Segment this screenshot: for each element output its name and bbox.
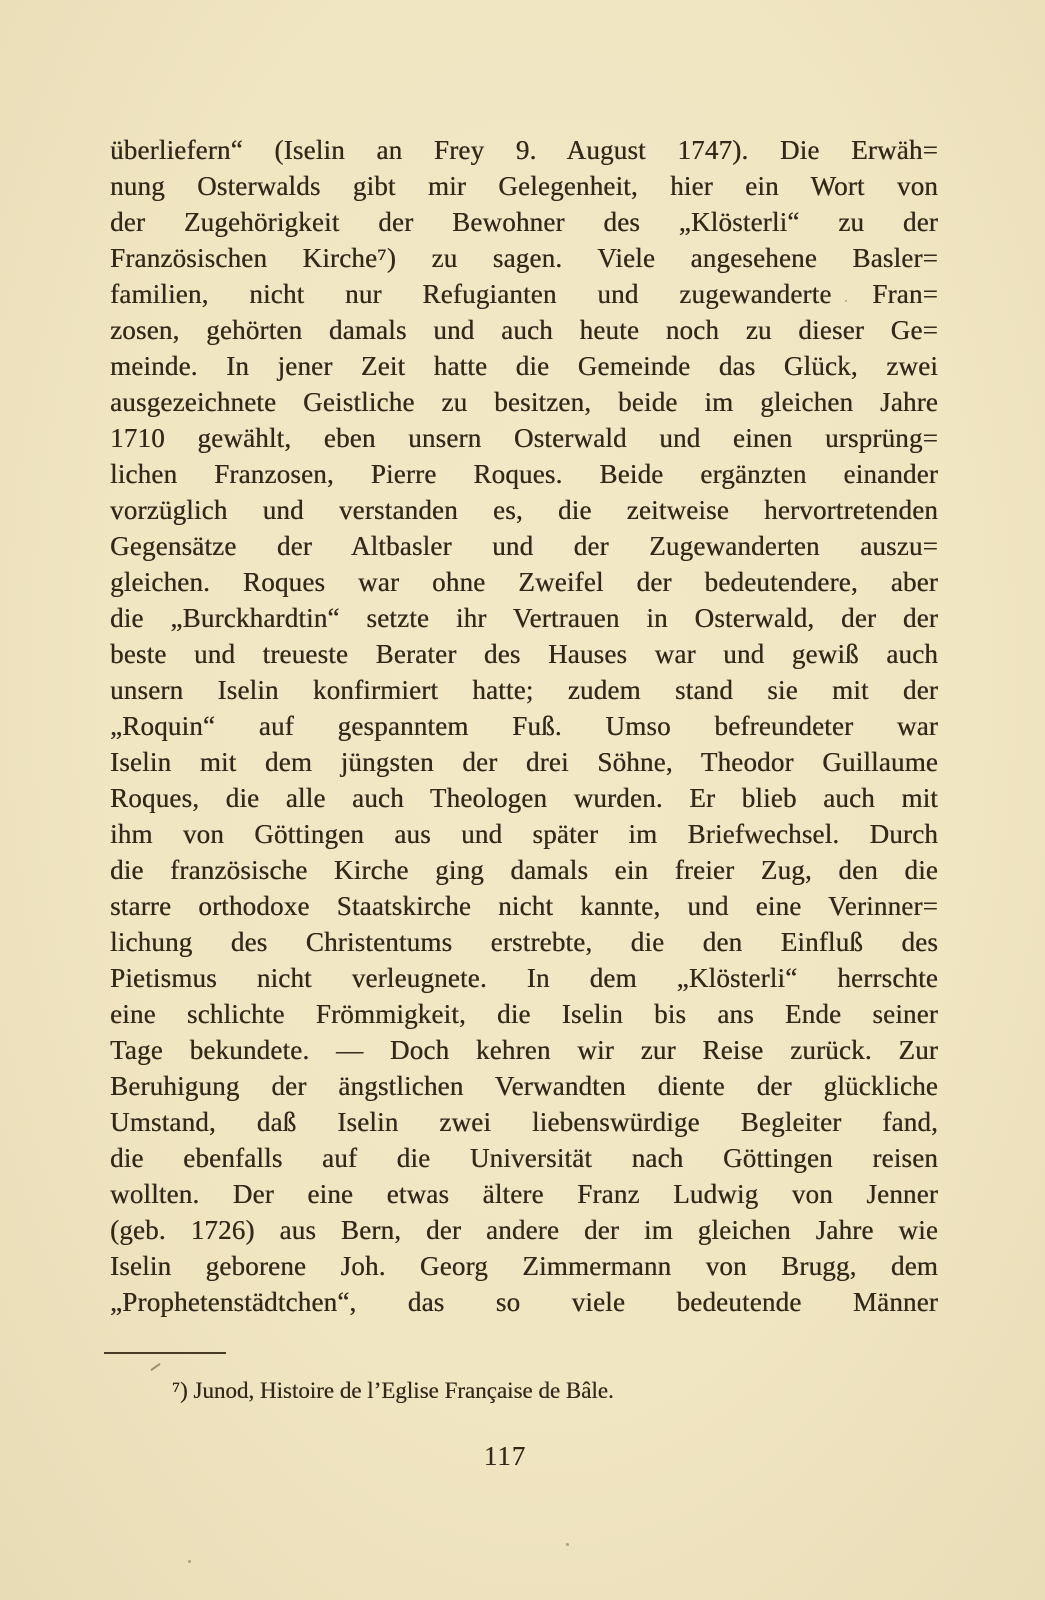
text-line: beste und treueste Berater des Hauses wa…	[110, 636, 938, 672]
text-line: Iselin mit dem jüngsten der drei Söhne, …	[110, 744, 938, 780]
text-line: wollten. Der eine etwas ältere Franz Lud…	[110, 1176, 938, 1212]
text-line: überliefern“ (Iselin an Frey 9. August 1…	[110, 132, 938, 168]
paper-speck	[188, 1560, 191, 1563]
text-line: Gegensätze der Altbasler und der Zugewan…	[110, 528, 938, 564]
text-line: ihm von Göttingen aus und später im Brie…	[110, 816, 938, 852]
text-line: ausgezeichnete Geistliche zu besitzen, b…	[110, 384, 938, 420]
text-line: die „Burckhardtin“ setzte ihr Vertrauen …	[110, 600, 938, 636]
text-line: lichen Franzosen, Pierre Roques. Beide e…	[110, 456, 938, 492]
text-line: „Roquin“ auf gespanntem Fuß. Umso befreu…	[110, 708, 938, 744]
text-line: eine schlichte Frömmigkeit, die Iselin b…	[110, 996, 938, 1032]
text-line: die ebenfalls auf die Universität nach G…	[110, 1140, 938, 1176]
text-line: meinde. In jener Zeit hatte die Gemeinde…	[110, 348, 938, 384]
text-line: „Prophetenstädtchen“, das so viele bedeu…	[110, 1284, 938, 1320]
text-line: (geb. 1726) aus Bern, der andere der im …	[110, 1212, 938, 1248]
footnote-separator	[104, 1352, 226, 1354]
text-line: gleichen. Roques war ohne Zweifel der be…	[110, 564, 938, 600]
text-line: vorzüglich und verstanden es, die zeitwe…	[110, 492, 938, 528]
text-line: Roques, die alle auch Theologen wurden. …	[110, 780, 938, 816]
footnote: ⁷) Junod, Histoire de l’Eglise Française…	[110, 1376, 938, 1406]
text-line: familien, nicht nur Refugianten und zuge…	[110, 276, 938, 312]
scanned-book-page: { "page": { "background_color": "#f1e6c2…	[0, 0, 1045, 1600]
text-line: starre orthodoxe Staatskirche nicht kann…	[110, 888, 938, 924]
page-number: 117	[110, 1441, 900, 1472]
paper-speck	[845, 300, 847, 302]
text-line: unsern Iselin konfirmiert hatte; zudem s…	[110, 672, 938, 708]
text-line: lichung des Christentums erstrebte, die …	[110, 924, 938, 960]
text-line: der Zugehörigkeit der Bewohner des „Klös…	[110, 204, 938, 240]
text-line: die französische Kirche ging damals ein …	[110, 852, 938, 888]
paper-speck	[566, 1543, 569, 1546]
text-line: 1710 gewählt, eben unsern Osterwald und …	[110, 420, 938, 456]
text-block: überliefern“ (Iselin an Frey 9. August 1…	[110, 132, 938, 1406]
text-line: Iselin geborene Joh. Georg Zimmermann vo…	[110, 1248, 938, 1284]
text-line: Pietismus nicht verleugnete. In dem „Klö…	[110, 960, 938, 996]
text-line: Tage bekundete. — Doch kehren wir zur Re…	[110, 1032, 938, 1068]
text-line: Umstand, daß Iselin zwei liebenswürdige …	[110, 1104, 938, 1140]
text-line: Beruhigung der ängstlichen Verwandten di…	[110, 1068, 938, 1104]
text-line: nung Osterwalds gibt mir Gelegenheit, hi…	[110, 168, 938, 204]
text-line: Französischen Kirche⁷) zu sagen. Viele a…	[110, 240, 938, 276]
text-line: zosen, gehörten damals und auch heute no…	[110, 312, 938, 348]
